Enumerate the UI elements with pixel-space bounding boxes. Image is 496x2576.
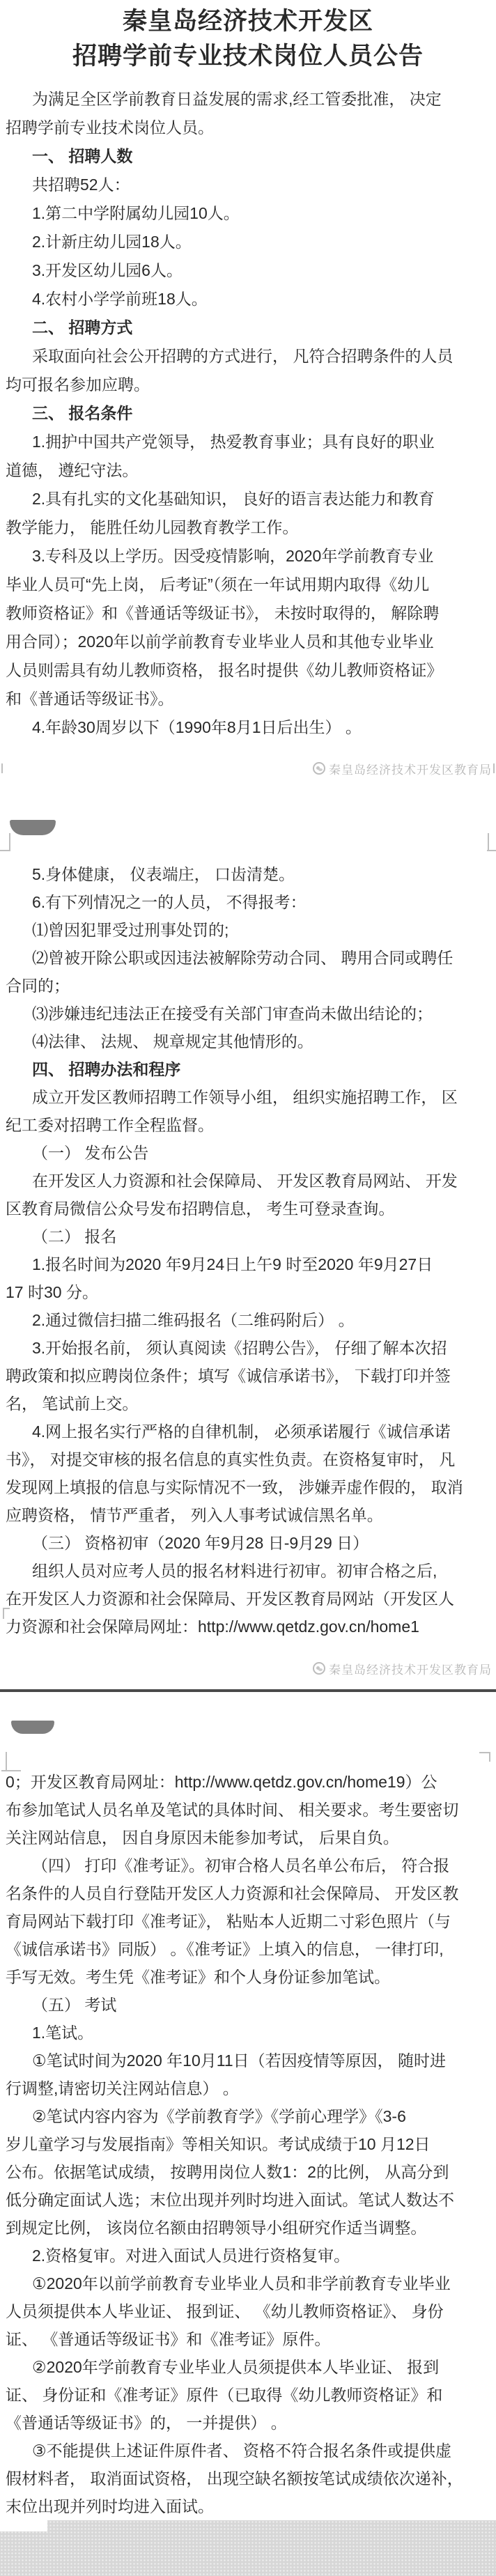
text-line: 在开发区人力资源和社会保障局、 开发区教育局网站、 开发 (0, 1167, 496, 1195)
text-line: ②2020年学前教育专业毕业人员须提供本人毕业证、 报到 (0, 2353, 496, 2381)
text-line: 2.资格复审。对进入面试人员进行资格复审。 (0, 2242, 496, 2269)
text-line: 3.开发区幼儿园6人。 (0, 256, 496, 285)
text-line: 2.通过微信扫描二维码报名（二维码附后） 。 (0, 1306, 496, 1334)
title-line-1: 秦皇岛经济技术开发区 (0, 4, 496, 39)
text-line: 育局网站下载打印《准考证》， 粘贴本人近期二寸彩色照片（与 (0, 1907, 496, 1935)
text-line: 岁儿童学习与发展指南》等相关知识。考试成绩于10 月12日 (0, 2130, 496, 2158)
section-heading-line: 一、 招聘人数 (0, 142, 496, 171)
text-line: 行调整,请密切关注网站信息） 。 (0, 2074, 496, 2102)
page-corner-mark (487, 850, 496, 851)
text-line: 《诚信承诺书》同版） 。《准考证》上填入的信息， 一律打印, (0, 1935, 496, 1963)
page-margin-mark (3, 1608, 4, 1619)
text-line: 低分确定面试人选；末位出现并列时均进入面试。笔试人数达不 (0, 2186, 496, 2214)
text-line: （一） 发布公告 (0, 1139, 496, 1167)
text-line: 《普通话等级证书》的， 一并提供） 。 (0, 2409, 496, 2437)
text-line: ①笔试时间为2020 年10月11日（若因疫情等原因， 随时进 (0, 2047, 496, 2074)
text-line: 假材料者， 取消面试资格， 出现空缺名额按笔试成绩依次递补， (0, 2465, 496, 2492)
page-corner-mark (0, 850, 10, 851)
text-line: 到规定比例， 该岗位名额由招聘领导小组研究作适当调整。 (0, 2214, 496, 2242)
text-line: 采取面向社会公开招聘的方式进行， 凡符合招聘条件的人员 (0, 342, 496, 371)
text-line: （四） 打印《准考证》。初审合格人员名单公布后， 符合报 (0, 1852, 496, 1879)
text-line: 合同的； (0, 972, 496, 1000)
text-line: 4.农村小学学前班18人。 (0, 285, 496, 313)
text-line: 名， 笔试前上交。 (0, 1390, 496, 1418)
text-line: 3.开始报名前， 须认真阅读《招聘公告》， 仔细了解本次招 (0, 1334, 496, 1362)
text-line: 聘政策和拟应聘岗位条件；填写《诚信承诺书》， 下载打印并签 (0, 1362, 496, 1390)
section-heading-line: 二、 招聘方式 (0, 313, 496, 342)
page-boundary-mark (1, 763, 3, 773)
text-line: 区教育局微信公众号发布招聘信息， 考生可登录查询。 (0, 1195, 496, 1223)
text-line: 和《普通话等级证书》。 (0, 685, 496, 713)
text-line: 应聘资格， 情节严重者， 列入人事考试诚信黑名单。 (0, 1501, 496, 1529)
text-line: 书》， 对提交审核的报名信息的真实性负责。在资格复审时， 凡 (0, 1445, 496, 1473)
text-line: 教学能力， 能胜任幼儿园教育教学工作。 (0, 513, 496, 542)
text-line: 教师资格证》和《普通话等级证书》， 未按时取得的， 解除聘 (0, 599, 496, 628)
recruitment-announcement-document: 秦皇岛经济技术开发区 招聘学前专业技术岗位人员公告 为满足全区学前教育日益发展的… (0, 0, 496, 2576)
text-line: 2.计新庄幼儿园18人。 (0, 228, 496, 256)
text-line: 成立开发区教师招聘工作领导小组， 组织实施招聘工作， 区 (0, 1083, 496, 1111)
gray-blob-artifact (10, 820, 56, 835)
text-line: 纪工委对招聘工作全程监督。 (0, 1111, 496, 1139)
text-line: 力资源和社会保障局网址：http://www.qetdz.gov.cn/home… (0, 1613, 496, 1640)
text-line: 5.身体健康， 仪表端庄， 口齿清楚。 (0, 860, 496, 888)
screenshot-separator-line (0, 1689, 496, 1692)
text-line: 4.网上报名实行严格的自律机制， 必须承诺履行《诚信承诺 (0, 1418, 496, 1445)
watermark-text: 秦皇岛经济技术开发区教育局 (329, 760, 492, 777)
text-line: 4.年龄30周岁以下（1990年8月1日后出生） 。 (0, 713, 496, 742)
text-line: 1.拥护中国共产党领导， 热爱教育事业；具有良好的职业 (0, 428, 496, 456)
text-line: 布参加笔试人员名单及笔试的具体时间、 相关要求。考生要密切 (0, 1796, 496, 1824)
text-line: 组织人员对应考人员的报名材料进行初审。初审合格之后, (0, 1557, 496, 1585)
page-corner-mark (488, 833, 489, 851)
text-line: 0；开发区教育局网址：http://www.qetdz.gov.cn/home1… (0, 1768, 496, 1796)
page-2-body: 5.身体健康， 仪表端庄， 口齿清楚。6.有下列情况之一的人员， 不得报考：⑴曾… (0, 860, 496, 1640)
text-line: 共招聘52人： (0, 171, 496, 199)
text-line: 用合同）；2020年以前学前教育专业毕业人员和其他专业毕业 (0, 628, 496, 656)
text-line: 招聘学前专业技术岗位人员。 (0, 114, 496, 142)
text-line: ⑷法律、 法规、 规章规定其他情形的。 (0, 1027, 496, 1055)
document-title: 秦皇岛经济技术开发区 招聘学前专业技术岗位人员公告 (0, 4, 496, 74)
page-1-body: 为满足全区学前教育日益发展的需求,经工管委批准， 决定招聘学前专业技术岗位人员。… (0, 85, 496, 742)
text-line: 证、 《普通话等级证书》和《准考证》原件。 (0, 2325, 496, 2353)
title-line-2: 招聘学前专业技术岗位人员公告 (0, 39, 496, 74)
text-line: 17 时30 分。 (0, 1278, 496, 1306)
text-line: 名条件的人员自行登陆开发区人力资源和社会保障局、 开发区教 (0, 1879, 496, 1907)
watermark-text: 秦皇岛经济技术开发区教育局 (329, 1660, 492, 1677)
page-corner-mark (489, 1752, 490, 1762)
text-line: 为满足全区学前教育日益发展的需求,经工管委批准， 决定 (0, 85, 496, 114)
text-line: ⑶涉嫌违纪违法正在接受有关部门审查尚未做出结论的； (0, 1000, 496, 1027)
page-1-watermark: 秦皇岛经济技术开发区教育局 (313, 759, 492, 777)
text-line: 末位出现并列时均进入面试。 (0, 2492, 496, 2520)
page-boundary-mark (493, 763, 495, 773)
section-heading-line: 四、 招聘办法和程序 (0, 1055, 496, 1083)
text-line: 1.第二中学附属幼儿园10人。 (0, 199, 496, 228)
footer-band-notch (0, 2520, 47, 2531)
text-line: （五） 考试 (0, 1991, 496, 2019)
text-line: 1.报名时间为2020 年9月24日上午9 时至2020 年9月27日 (0, 1250, 496, 1278)
text-line: 毕业人员可“先上岗， 后考证”（须在一年试用期内取得《幼儿 (0, 571, 496, 599)
text-line: 均可报名参加应聘。 (0, 371, 496, 399)
text-line: 道德， 遵纪守法。 (0, 456, 496, 485)
text-line: 3.专科及以上学历。因受疫情影响，2020年学前教育专业 (0, 542, 496, 571)
text-line: 6.有下列情况之一的人员， 不得报考： (0, 888, 496, 916)
text-line: （二） 报名 (0, 1223, 496, 1250)
text-line: ①2020年以前学前教育专业毕业人员和非学前教育专业毕业 (0, 2269, 496, 2297)
page-corner-mark (9, 833, 10, 851)
text-line: 1.笔试。 (0, 2019, 496, 2047)
text-line: 人员则需具有幼儿教师资格， 报名时提供《幼儿教师资格证》 (0, 656, 496, 685)
text-line: （三） 资格初审（2020 年9月28 日-9月29 日） (0, 1529, 496, 1557)
page-2-watermark: 秦皇岛经济技术开发区教育局 (313, 1659, 492, 1677)
page-margin-mark (3, 1608, 10, 1609)
education-bureau-logo-icon (313, 762, 325, 775)
education-bureau-logo-icon (313, 1662, 325, 1675)
gray-blob-artifact (11, 1721, 54, 1734)
screenshot-footer-band (0, 2520, 496, 2576)
text-line: 发现网上填报的信息与实际情况不一致， 涉嫌弄虚作假的， 取消 (0, 1473, 496, 1501)
text-line: ⑵曾被开除公职或因违法被解除劳动合同、 聘用合同或聘任 (0, 944, 496, 972)
text-line: ⑴曾因犯罪受过刑事处罚的; (0, 916, 496, 944)
text-line: 关注网站信息， 因自身原因未能参加考试， 后果自负。 (0, 1824, 496, 1852)
section-heading-line: 三、 报名条件 (0, 399, 496, 428)
text-line: 在开发区人力资源和社会保障局、开发区教育局网站（开发区人 (0, 1585, 496, 1613)
text-line: ②笔试内容内容为《学前教育学》《学前心理学》《3-6 (0, 2102, 496, 2130)
page-3-body: 0；开发区教育局网址：http://www.qetdz.gov.cn/home1… (0, 1768, 496, 2520)
text-line: 手写无效。考生凭《准考证》和个人身份证参加笔试。 (0, 1963, 496, 1991)
text-line: 人员须提供本人毕业证、 报到证、 《幼儿教师资格证》、 身份 (0, 2297, 496, 2325)
text-line: 证、 身份证和《准考证》原件（已取得《幼儿教师资格证》和 (0, 2381, 496, 2409)
text-line: ③不能提供上述证件原件者、 资格不符合报名条件或提供虚 (0, 2437, 496, 2465)
text-line: 公布。依据笔试成绩， 按聘用岗位人数1：2的比例， 从高分到 (0, 2158, 496, 2186)
text-line: 2.具有扎实的文化基础知识， 良好的语言表达能力和教育 (0, 485, 496, 513)
